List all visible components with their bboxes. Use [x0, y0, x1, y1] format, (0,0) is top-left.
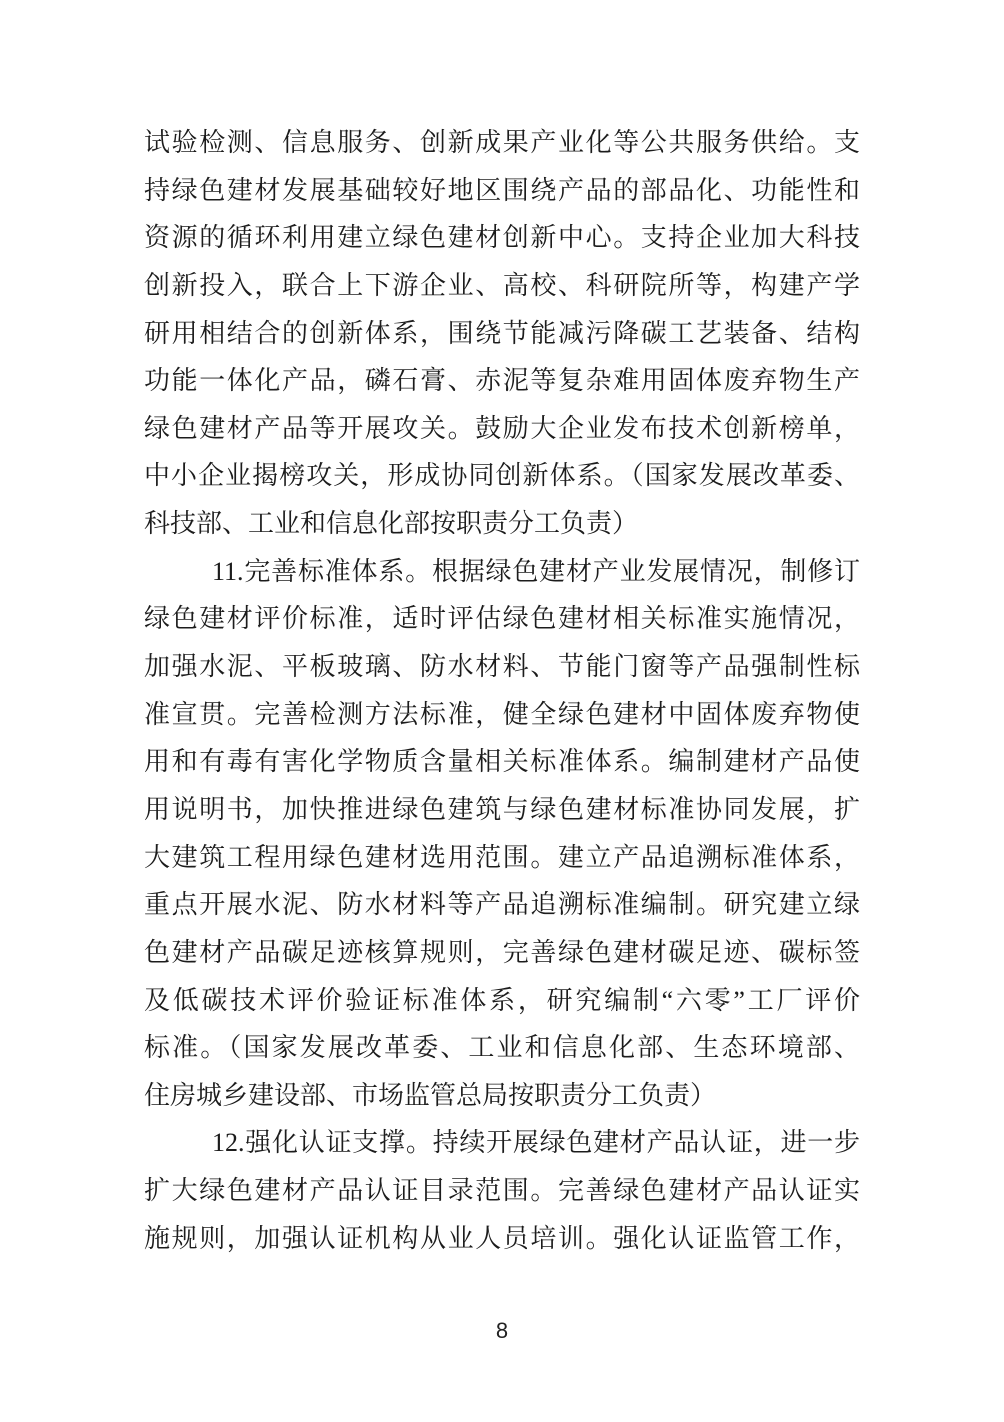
text-line: 标准。（国家发展改革委、工业和信息化部、生态环境部、 [144, 1024, 860, 1072]
text-line: 11.完善标准体系。根据绿色建材产业发展情况，制修订 [144, 548, 860, 596]
text-line: 科技部、工业和信息化部按职责分工负责） [144, 500, 860, 548]
text-line: 持绿色建材发展基础较好地区围绕产品的部品化、功能性和 [144, 167, 860, 215]
text-line: 色建材产品碳足迹核算规则，完善绿色建材碳足迹、碳标签 [144, 929, 860, 977]
text-line: 重点开展水泥、防水材料等产品追溯标准编制。研究建立绿 [144, 881, 860, 929]
text-line: 中小企业揭榜攻关，形成协同创新体系。（国家发展改革委、 [144, 452, 860, 500]
text-line: 施规则，加强认证机构从业人员培训。强化认证监管工作， [144, 1215, 860, 1263]
text-line: 准宣贯。完善检测方法标准，健全绿色建材中固体废弃物使 [144, 691, 860, 739]
text-line: 研用相结合的创新体系，围绕节能减污降碳工艺装备、结构 [144, 310, 860, 358]
text-line: 扩大绿色建材产品认证目录范围。完善绿色建材产品认证实 [144, 1167, 860, 1215]
text-line: 用说明书，加快推进绿色建筑与绿色建材标准协同发展，扩 [144, 786, 860, 834]
text-line: 试验检测、信息服务、创新成果产业化等公共服务供给。支 [144, 119, 860, 167]
text-line: 功能一体化产品，磷石膏、赤泥等复杂难用固体废弃物生产 [144, 357, 860, 405]
document-body: 试验检测、信息服务、创新成果产业化等公共服务供给。支持绿色建材发展基础较好地区围… [144, 119, 860, 1262]
text-line: 及低碳技术评价验证标准体系，研究编制“六零”工厂评价 [144, 977, 860, 1025]
text-line: 资源的循环利用建立绿色建材创新中心。支持企业加大科技 [144, 214, 860, 262]
text-line: 加强水泥、平板玻璃、防水材料、节能门窗等产品强制性标 [144, 643, 860, 691]
text-line: 创新投入，联合上下游企业、高校、科研院所等，构建产学 [144, 262, 860, 310]
text-line: 住房城乡建设部、市场监管总局按职责分工负责） [144, 1072, 860, 1120]
text-line: 大建筑工程用绿色建材选用范围。建立产品追溯标准体系， [144, 834, 860, 882]
document-page: 试验检测、信息服务、创新成果产业化等公共服务供给。支持绿色建材发展基础较好地区围… [0, 0, 1004, 1422]
text-line: 12.强化认证支撑。持续开展绿色建材产品认证，进一步 [144, 1119, 860, 1167]
text-line: 绿色建材评价标准，适时评估绿色建材相关标准实施情况， [144, 595, 860, 643]
text-line: 绿色建材产品等开展攻关。鼓励大企业发布技术创新榜单， [144, 405, 860, 453]
text-line: 用和有毒有害化学物质含量相关标准体系。编制建材产品使 [144, 738, 860, 786]
page-number: 8 [0, 1316, 1004, 1346]
